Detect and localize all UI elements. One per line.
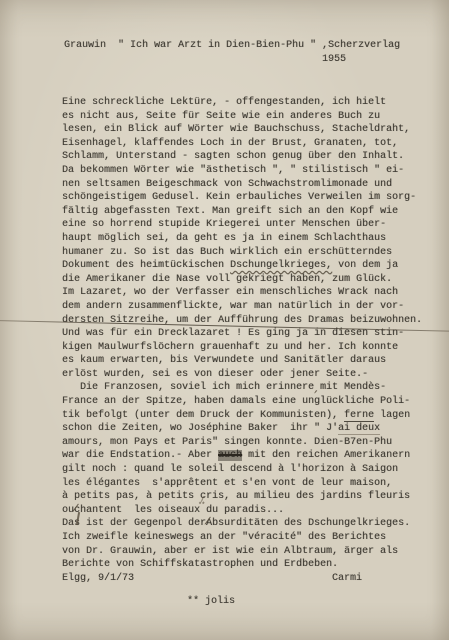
document-header: Grauwin " Ich war Arzt in Dien-Bien-Phu … — [64, 39, 400, 66]
text-segment: Absurditäten des Dschungelkrieges. — [206, 518, 410, 529]
typewritten-line: erlöst wurden, sei es von dieser oder je… — [62, 368, 422, 382]
typewritten-line: Eisenhagel, klaffendes Loch in der Brust… — [62, 137, 422, 151]
typewritten-line: les élégantes s'apprêtent et s'en vont d… — [62, 477, 422, 491]
text-segment: mit Mendès- — [314, 382, 386, 393]
typewritten-line: France an der Spitze, haben damals eine … — [62, 395, 422, 409]
typewritten-line: amours, mon Pays et Paris" singen konnte… — [62, 436, 422, 450]
typewritten-line: Die Franzosen, soviel ich mich erinnere,… — [62, 381, 422, 395]
typewritten-line: Ich zweifle keineswegs an der "véracité"… — [62, 531, 422, 545]
typewritten-line: Das ist der Gegenpol der/Absurditäten de… — [62, 517, 422, 531]
typewritten-line: fältig abgefassten Text. Man greift sich… — [62, 205, 422, 219]
typewritten-line: war die Endstation.- Aber auch mit den r… — [62, 449, 422, 463]
pencil-underlined-words: ai deux — [338, 423, 380, 435]
text-segment: tik befolgt (unter dem Druck der Kommuni… — [62, 410, 344, 421]
typewritten-line: die Amerikaner die Nase voll gekriegt ha… — [62, 273, 422, 287]
text-segment: war die Endstation.- Aber — [62, 450, 218, 461]
place-date: Elgg, 9/1/73 — [62, 573, 134, 584]
text-segment: Die Franzosen, soviel ich mich erinnere — [62, 382, 314, 393]
typewritten-line: lesen, ein Blick auf Wörter wie Bauchsch… — [62, 123, 422, 137]
footnote: ** jolis — [62, 595, 422, 609]
typewritten-line: gilt noch : quand le soleil descend à l'… — [62, 463, 422, 477]
document-body: Eine schreckliche Lektüre, - offengestan… — [62, 96, 422, 609]
text-segment: mit den reichen Amerikanern — [242, 450, 410, 461]
typewritten-line: tik befolgt (unter dem Druck der Kommuni… — [62, 409, 422, 423]
typewritten-line: humaner zu. So ist das Buch wirklich ein… — [62, 246, 422, 260]
reference-line: Grauwin " Ich war Arzt in Dien-Bien-Phu … — [64, 39, 400, 53]
text-segment: von dem ja — [332, 260, 398, 271]
typewritten-line: Im Lazaret, wo der Verfasser ein menschl… — [62, 286, 422, 300]
typewritten-line: Eine schreckliche Lektüre, - offengestan… — [62, 96, 422, 110]
typewritten-line: von Dr. Grauwin, aber er ist wie ein Alb… — [62, 545, 422, 559]
typewritten-line: eine so horrend stupide Kriegerei unter … — [62, 218, 422, 232]
typewritten-line: schon die Zeiten, wo Joséphine Baker ihr… — [62, 422, 422, 436]
text-segment: du paradis... — [200, 505, 284, 516]
typewritten-line: es nicht aus, Seite für Seite wie ein an… — [62, 110, 422, 124]
typewritten-line: haupt möglich sei, da geht es ja in eine… — [62, 232, 422, 246]
document-page: Grauwin " Ich war Arzt in Dien-Bien-Phu … — [0, 0, 449, 640]
typewritten-line: ou/chantent les oiseaux** du paradis... — [62, 504, 422, 518]
typewritten-line: Berichte von Schiffskatastrophen und Erd… — [62, 558, 422, 572]
typewritten-line: es kaum erwarten, bis Verwundete und San… — [62, 354, 422, 368]
typewritten-line: dem andern zusammenflickte, war man natü… — [62, 300, 422, 314]
typewritten-line: Schlamm, Unterstand - sagten schon genug… — [62, 150, 422, 164]
signature: Carmi — [332, 572, 362, 586]
underlined-word: ferne — [344, 410, 374, 422]
pencil-wavy-underlined-word: Dschungelkrieges, — [230, 260, 332, 271]
text-segment: schon die Zeiten, wo Joséphine Baker ihr… — [62, 423, 338, 434]
text-segment: lagen — [374, 410, 410, 421]
typewritten-line: Dokument des heimtückischen Dschungelkri… — [62, 259, 422, 273]
typewritten-line: schöngeistigem Gedusel. Kein erbauliches… — [62, 191, 422, 205]
text-segment: Dokument des heimtückischen — [62, 260, 230, 271]
text-segment: Das ist der Gegenpol der — [62, 518, 206, 529]
typewritten-line: nen seltsamen Beigeschmack von Schwachst… — [62, 178, 422, 192]
text-segment: chantent les oiseaux — [74, 505, 200, 516]
typewritten-line: à petits pas, à petits cris, au milieu d… — [62, 490, 422, 504]
typewritten-line: kigen Maulwurfslöchern grauenhaft zu und… — [62, 341, 422, 355]
closing-line: Elgg, 9/1/73Carmi — [62, 572, 422, 586]
publication-year: 1955 — [64, 53, 400, 67]
blotted-out-word: auch — [218, 450, 242, 461]
typewritten-line: Da bekommen Wörter wie "ästhetisch ", " … — [62, 164, 422, 178]
